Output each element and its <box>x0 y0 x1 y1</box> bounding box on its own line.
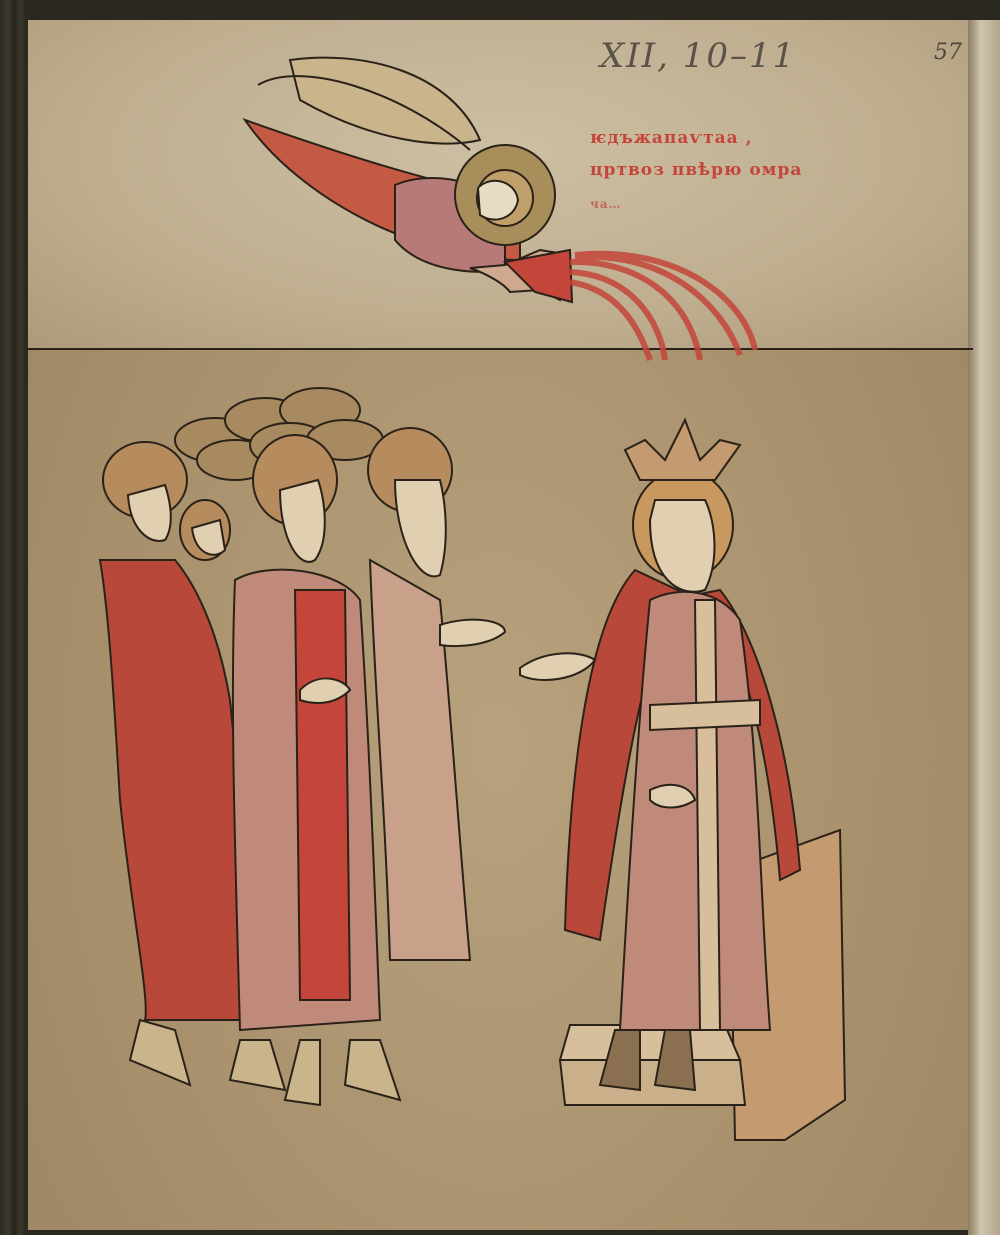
group-of-men <box>100 388 505 1105</box>
enthroned-king <box>520 420 845 1140</box>
angel-figure <box>245 58 572 302</box>
red-stream <box>570 254 755 360</box>
illumination-artwork <box>0 0 1000 1235</box>
